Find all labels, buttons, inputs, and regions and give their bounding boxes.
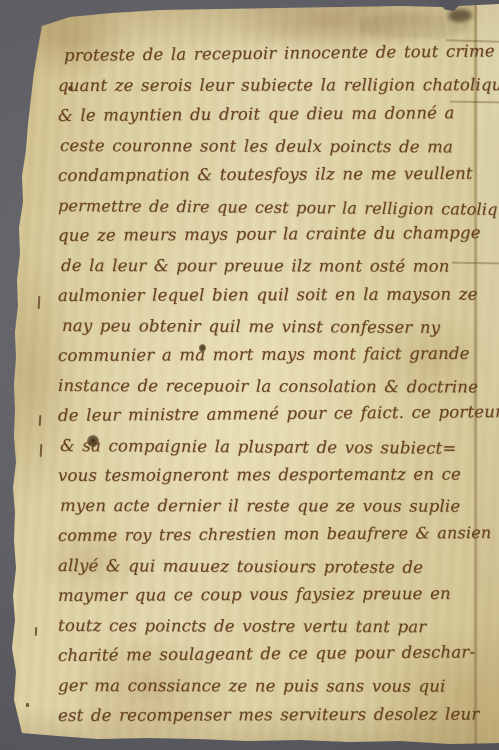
margin-mark <box>38 296 41 309</box>
manuscript-line: communier a ma mort mays mont faict gran… <box>58 339 478 371</box>
margin-mark <box>40 444 43 457</box>
manuscript-line: ceste couronne sont les deulx poincts de… <box>58 131 478 162</box>
manuscript-line: vous tesmoigneront mes desportemantz en … <box>58 460 478 491</box>
manuscript-text: proteste de la recepuoir innocente de to… <box>58 41 478 731</box>
manuscript-line: de la leur & pour preuue ilz mont osté m… <box>58 251 478 282</box>
manuscript-line: charité me soulageant de ce que pour des… <box>58 637 478 671</box>
fold-strip <box>477 0 499 750</box>
manuscript-line: est de recompenser mes serviteurs desole… <box>58 700 478 731</box>
manuscript-photo: proteste de la recepuoir innocente de to… <box>0 0 499 750</box>
margin-mark <box>35 627 37 636</box>
manuscript-line: & le mayntien du droit que dieu ma donné… <box>58 98 478 131</box>
manuscript-line: de leur ministre ammené pour ce faict. c… <box>58 397 478 431</box>
margin-dot <box>26 703 29 707</box>
ink-showthrough-blob <box>448 9 472 22</box>
manuscript-line: myen acte dernier il reste que ze vous s… <box>58 491 478 522</box>
manuscript-line: comme roy tres chrestien mon beaufrere &… <box>58 518 478 551</box>
margin-mark <box>39 415 42 426</box>
manuscript-line: condampnation & toutesfoys ilz ne me veu… <box>58 159 478 191</box>
manuscript-line: ger ma conssiance ze ne puis sans vous q… <box>58 671 478 702</box>
manuscript-line: que ze meurs mays pour la crainte du cha… <box>58 218 478 251</box>
manuscript-line: aulmonier lequel bien quil soit en la ma… <box>58 280 478 311</box>
manuscript-page: proteste de la recepuoir innocente de to… <box>0 0 499 750</box>
manuscript-line: maymer qua ce coup vous faysiez preuue e… <box>58 579 478 611</box>
manuscript-line: proteste de la recepuoir innocente de to… <box>58 37 478 71</box>
manuscript-line: quant ze serois leur subiecte la relligi… <box>58 70 478 101</box>
